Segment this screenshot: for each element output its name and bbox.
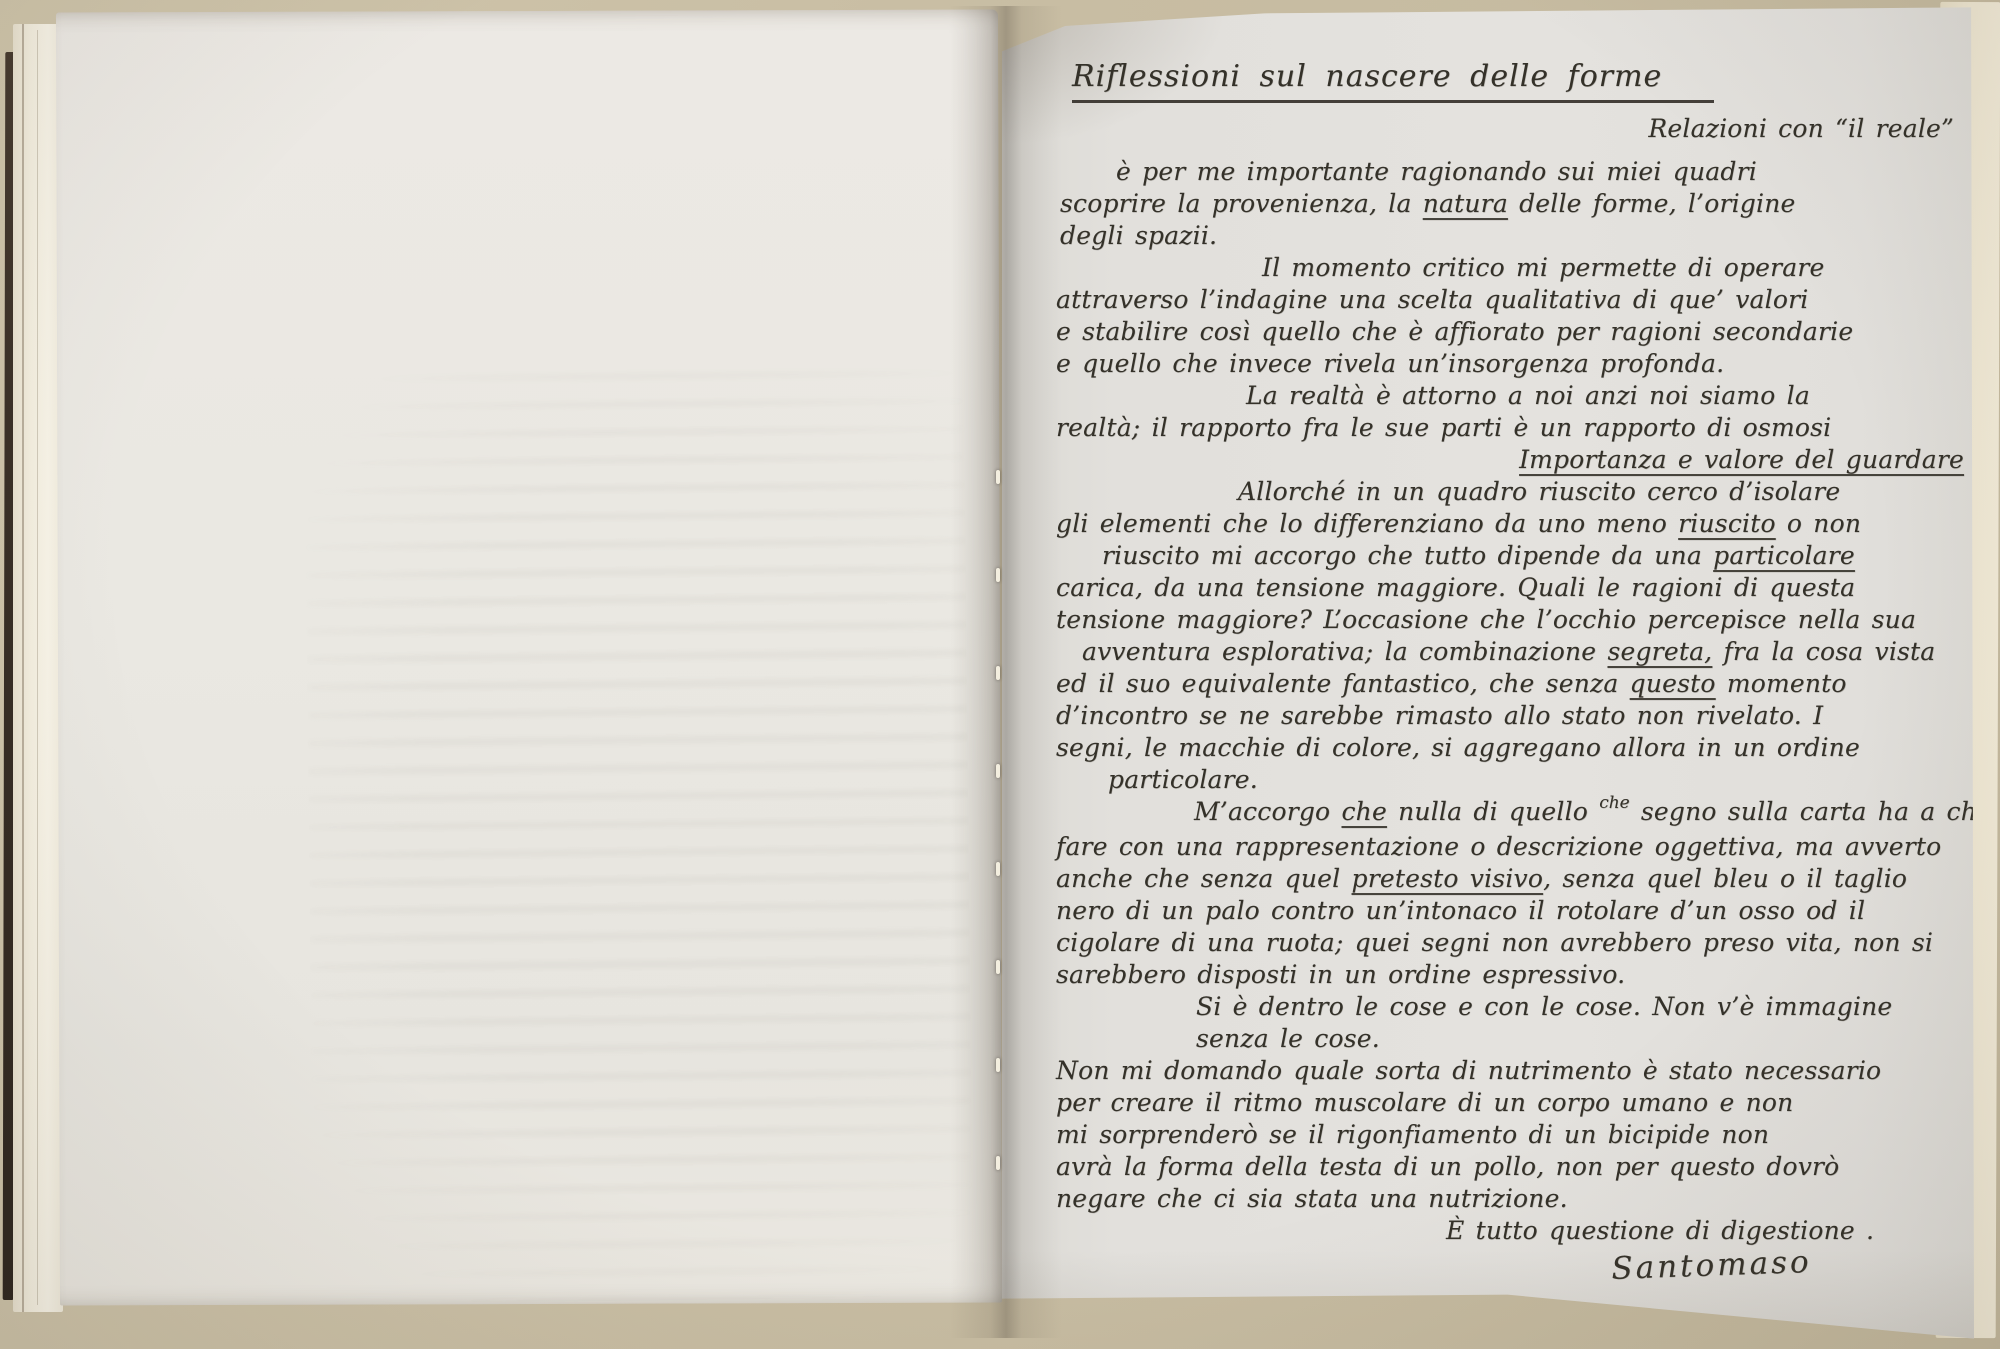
manuscript: Riflessioni sul nascere delle formeRelaz…	[1056, 56, 1964, 1285]
manuscript-line: scoprire la provenienza, la natura delle…	[1060, 188, 1964, 220]
manuscript-line: Allorché in un quadro riuscito cerco d’i…	[1238, 476, 1964, 508]
manuscript-line: avventura esplorativa; la combinazione s…	[1082, 636, 1964, 668]
manuscript-line: per creare il ritmo muscolare di un corp…	[1056, 1087, 1964, 1119]
manuscript-line: Il momento critico mi permette di operar…	[1262, 252, 1964, 284]
left-page	[56, 10, 1002, 1306]
manuscript-line: È tutto questione di digestione .	[1446, 1215, 1964, 1247]
manuscript-line: riuscito mi accorgo che tutto dipende da…	[1102, 540, 1964, 572]
manuscript-line: carica, da una tensione maggiore. Quali …	[1056, 572, 1964, 604]
manuscript-line: gli elementi che lo differenziano da uno…	[1056, 508, 1964, 540]
ink-show-through	[304, 347, 974, 1304]
margin-annotation: Relazioni con “il reale”	[1056, 114, 1964, 144]
signature: Santomaso	[1611, 1241, 1964, 1285]
manuscript-line: Importanza e valore del guardare	[1056, 444, 1964, 476]
manuscript-line: attraverso l’indagine una scelta qualita…	[1056, 284, 1964, 316]
manuscript-line: La realtà è attorno a noi anzi noi siamo…	[1246, 380, 1964, 412]
manuscript-line: anche che senza quel pretesto visivo, se…	[1056, 863, 1964, 895]
manuscript-line: Non mi domando quale sorta di nutrimento…	[1056, 1055, 1964, 1087]
page-edges-left	[13, 24, 63, 1312]
manuscript-line: sarebbero disposti in un ordine espressi…	[1056, 959, 1964, 991]
manuscript-line: nero di un palo contro un’intonaco il ro…	[1056, 895, 1964, 927]
manuscript-line: ed il suo equivalente fantastico, che se…	[1056, 668, 1964, 700]
manuscript-line: e quello che invece rivela un’insorgenza…	[1056, 348, 1964, 380]
manuscript-line: Si è dentro le cose e con le cose. Non v…	[1196, 991, 1964, 1023]
manuscript-line: e stabilire così quello che è affiorato …	[1056, 316, 1964, 348]
manuscript-line: fare con una rappresentazione o descrizi…	[1056, 831, 1964, 863]
manuscript-line: avrà la forma della testa di un pollo, n…	[1056, 1151, 1964, 1183]
manuscript-line: senza le cose.	[1196, 1023, 1964, 1055]
manuscript-line: realtà; il rapporto fra le sue parti è u…	[1056, 412, 1964, 444]
manuscript-line: M’accorgo che nulla di quello che segno …	[1194, 796, 1964, 831]
manuscript-line: tensione maggiore? L’occasione che l’occ…	[1056, 604, 1964, 636]
right-page: Riflessioni sul nascere delle formeRelaz…	[1002, 6, 1974, 1340]
manuscript-line: è per me importante ragionando sui miei …	[1116, 156, 1964, 188]
manuscript-line: cigolare di una ruota; quei segni non av…	[1056, 927, 1964, 959]
manuscript-line: degli spazii.	[1060, 220, 1964, 252]
manuscript-line: mi sorprenderò se il rigonfiamento di un…	[1056, 1119, 1964, 1151]
manuscript-line: negare che ci sia stata una nutrizione.	[1056, 1183, 1964, 1215]
manuscript-line: d’incontro se ne sarebbe rimasto allo st…	[1056, 700, 1964, 732]
photo-open-book: { "colors": { "bg_tan": "#c8bda3", "bg_t…	[0, 0, 2000, 1349]
manuscript-title: Riflessioni sul nascere delle forme	[1072, 56, 1964, 98]
manuscript-line: segni, le macchie di colore, si aggregan…	[1056, 732, 1964, 764]
manuscript-line: particolare.	[1108, 764, 1964, 796]
